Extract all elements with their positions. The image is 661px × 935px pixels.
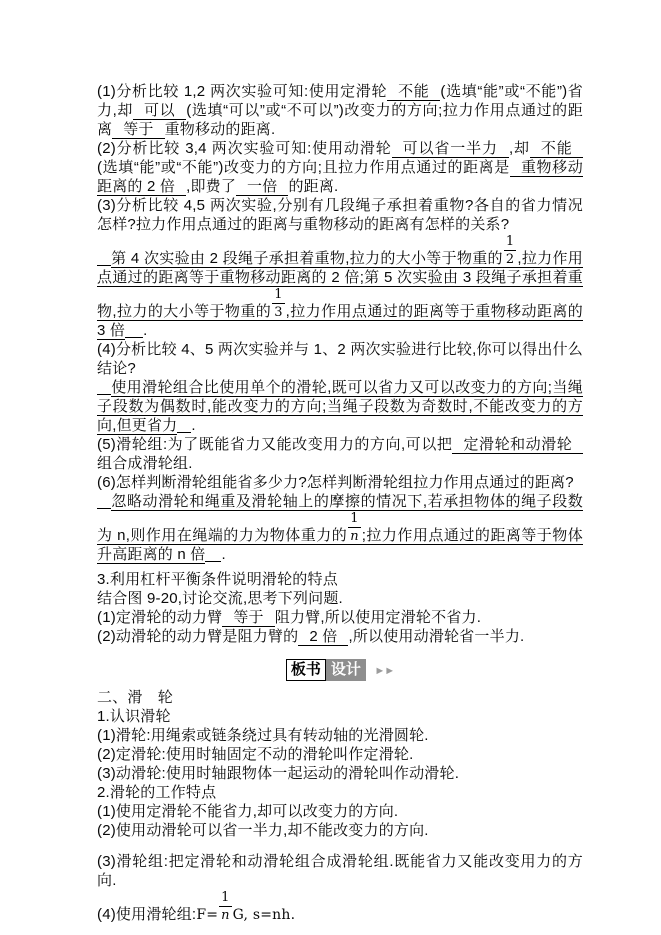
para-answer-4-5: 第 4 次实验由 2 段绳子承担着重物,拉力的大小等于物重的12,拉力作用点通过…: [97, 234, 583, 340]
text-run: ,却: [509, 140, 530, 157]
text-run: (1)使用定滑轮不能省力,却可以改变力的方向.: [97, 803, 398, 820]
heading-know-pulley: 1.认识滑轮: [97, 707, 583, 726]
heading-section-2: 二、滑 轮: [97, 688, 583, 707]
para-q5: (5)滑轮组:为了既能省力又能改变用力的方向,可以把定滑轮和动滑轮组合成滑轮组.: [97, 435, 583, 473]
text-run: (1)定滑轮的动力臂: [97, 609, 222, 626]
item-fixed-feature: (1)使用定滑轮不能省力,却可以改变力的方向.: [97, 802, 583, 821]
answer-blank: 等于: [112, 121, 164, 139]
item-pulley-def: (1)滑轮:用绳索或链条绕过具有转动轴的光滑圆轮.: [97, 726, 583, 745]
para-answer-pulley-group: 忽略动滑轮和绳重及滑轮轴上的摩擦的情况下,若承担物体的绳子段数为 n,则作用在绳…: [97, 492, 583, 564]
section-review-questions: (1)分析比较 1,2 两次实验可知:使用定滑轮不能(选填“能”或“不能”)省力…: [97, 82, 583, 646]
text-run: (选填“能”或“不能”)改变力的方向;且拉力作用点通过的距离是: [97, 159, 510, 176]
item-movable-pulley-def: (3)动滑轮:使用时轴跟物体一起运动的滑轮叫作动滑轮.: [97, 764, 583, 783]
text-run: 2.滑轮的工作特点: [97, 784, 216, 801]
answer-blank: 定滑轮和动滑轮: [452, 436, 583, 454]
para-figure-ref: 结合图 9-20,讨论交流,思考下列问题.: [97, 589, 583, 608]
text-run: 二、滑 轮: [97, 689, 173, 706]
para-q6: (6)怎样判断滑轮组能省多少力?怎样判断滑轮组拉力作用点通过的距离?: [97, 473, 583, 492]
text-run: 阻力臂,所以使用定滑轮不省力.: [275, 609, 481, 626]
double-arrow-icon: ►►: [374, 665, 394, 677]
item-movable-feature: (2)使用动滑轮可以省一半力,却不能改变力的方向.: [97, 821, 583, 840]
text-run: (3)滑轮组:把定滑轮和动滑轮组合成滑轮组.既能省力又能改变用力的方向.: [97, 853, 583, 889]
text-run: (3)动滑轮:使用时轴跟物体一起运动的滑轮叫作动滑轮.: [97, 765, 459, 782]
fraction: 13: [271, 303, 285, 321]
answer-blank: 不能: [530, 140, 583, 158]
blank-underline: [177, 417, 191, 433]
text-run: (4)分析比较 4、5 两次实验并与 1、2 两次实验进行比较,你可以得出什么结…: [97, 341, 583, 377]
heading-work-features: 2.滑轮的工作特点: [97, 783, 583, 802]
fraction: 12: [503, 250, 517, 268]
text-run: ,所以使用动滑轮省一半力.: [348, 628, 524, 645]
text-run: (1)分析比较 1,2 两次实验可知:使用定滑轮: [97, 83, 387, 100]
heading-lever-condition: 3.利用杠杆平衡条件说明滑轮的特点: [97, 570, 583, 589]
para-lever-1: (1)定滑轮的动力臂等于阻力臂,所以使用定滑轮不省力.: [97, 608, 583, 627]
text-run: 3.利用杠杆平衡条件说明滑轮的特点: [97, 571, 338, 588]
text-run: 结合图 9-20,讨论交流,思考下列问题.: [97, 590, 343, 607]
text-run: (5)滑轮组:为了既能省力又能改变用力的方向,可以把: [97, 436, 452, 453]
item-fixed-pulley-def: (2)定滑轮:使用时轴固定不动的滑轮叫作定滑轮.: [97, 745, 583, 764]
badge-banshu-label: 板书: [286, 659, 326, 681]
para-q1: (1)分析比较 1,2 两次实验可知:使用定滑轮不能(选填“能”或“不能”)省力…: [97, 82, 583, 139]
text-run: 第 4 次实验由 2 段绳子承担着重物,拉力的大小等于物重的: [111, 250, 503, 268]
item-formula: (4)使用滑轮组:F=1nG, s=nh.: [97, 890, 583, 925]
math-text: G, s=nh.: [233, 907, 296, 923]
answer-blank: 可以: [133, 102, 186, 120]
text-run: (2)动滑轮的动力臂是阻力臂的: [97, 628, 298, 645]
badge-sheji-label: 设计: [326, 659, 366, 681]
text-run: (2)使用动滑轮可以省一半力,却不能改变力的方向.: [97, 822, 429, 839]
text-run: ,即费了: [186, 178, 236, 195]
text-run: 1.认识滑轮: [97, 708, 171, 725]
answer-blank: 不能: [387, 83, 440, 101]
text-run: (2)分析比较 3,4 两次实验可知:使用动滑轮: [97, 140, 392, 157]
answer-blank: 可以省一半力: [392, 140, 509, 158]
text-run: 组合成滑轮组.: [97, 455, 193, 472]
para-answer-conclusion: 使用滑轮组合比使用单个的滑轮,既可以省力又可以改变力的方向;当绳子段数为偶数时,…: [97, 378, 583, 435]
answer-blank: 等于: [222, 609, 274, 627]
content-area: (1)分析比较 1,2 两次实验可知:使用定滑轮不能(选填“能”或“不能”)省力…: [0, 0, 661, 925]
text-run: (2)定滑轮:使用时轴固定不动的滑轮叫作定滑轮.: [97, 746, 413, 763]
answer-blank: 2 倍: [298, 628, 348, 646]
para-q2: (2)分析比较 3,4 两次实验可知:使用动滑轮可以省一半力,却不能(选填“能”…: [97, 139, 583, 196]
text-run: (4)使用滑轮组:: [97, 906, 196, 923]
blank-underline: [97, 250, 111, 266]
fraction: 1n: [347, 527, 361, 545]
blank-underline: [97, 379, 111, 395]
text-run: (3)分析比较 4,5 两次实验,分别有几段绳子承担着重物?各自的省力情况怎样?…: [97, 197, 583, 233]
text-run: .: [191, 417, 195, 434]
text-run: 使用滑轮组合比使用单个的滑轮,既可以省力又可以改变力的方向;当绳子段数为偶数时,…: [97, 379, 583, 435]
text-run: 重物移动的距离.: [165, 121, 276, 138]
para-q4: (4)分析比较 4、5 两次实验并与 1、2 两次实验进行比较,你可以得出什么结…: [97, 340, 583, 378]
section-board-design: 二、滑 轮1.认识滑轮(1)滑轮:用绳索或链条绕过具有转动轴的光滑圆轮.(2)定…: [97, 688, 583, 925]
para-lever-2: (2)动滑轮的动力臂是阻力臂的2 倍,所以使用动滑轮省一半力.: [97, 627, 583, 646]
math-text: F=: [196, 907, 218, 923]
para-q3: (3)分析比较 4,5 两次实验,分别有几段绳子承担着重物?各自的省力情况怎样?…: [97, 196, 583, 234]
text-run: (1)滑轮:用绳索或链条绕过具有转动轴的光滑圆轮.: [97, 727, 429, 744]
text-run: .: [221, 546, 225, 563]
banshu-sheji-badge: 板书 设计: [286, 659, 366, 681]
blank-underline: [205, 546, 221, 562]
text-run: 的距离.: [288, 178, 338, 195]
answer-blank: 一倍: [236, 178, 288, 196]
item-group-feature: (3)滑轮组:把定滑轮和动滑轮组合成滑轮组.既能省力又能改变用力的方向.: [97, 852, 583, 890]
text-run: (6)怎样判断滑轮组能省多少力?怎样判断滑轮组拉力作用点通过的距离?: [97, 474, 574, 491]
document-page: (1)分析比较 1,2 两次实验可知:使用定滑轮不能(选填“能”或“不能”)省力…: [0, 0, 661, 935]
banshu-sheji-badge-row: 板书 设计 ►►: [97, 659, 583, 681]
blank-underline: [125, 322, 143, 338]
text-run: .: [143, 322, 147, 339]
fraction: 1n: [218, 906, 232, 923]
blank-underline: [97, 493, 111, 509]
